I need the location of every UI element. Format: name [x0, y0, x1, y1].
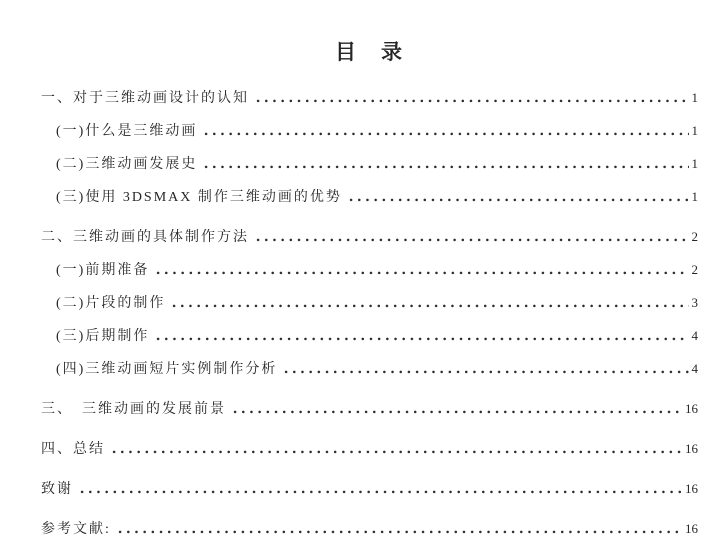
dot-leader: [254, 91, 689, 105]
document-page: 目 录 一、对于三维动画设计的认知 1 (一)什么是三维动画 1 (二)三维动画…: [0, 0, 725, 558]
toc-entry-label: (三)后期制作: [56, 320, 149, 353]
toc-entry[interactable]: (二)三维动画发展史 1: [41, 147, 698, 180]
toc-entry-label: (一)前期准备: [56, 254, 149, 287]
toc-entry-page: 16: [685, 432, 698, 465]
toc-entry-label: (四)三维动画短片实例制作分析: [56, 353, 277, 386]
toc-entry[interactable]: (二)片段的制作 3: [41, 286, 698, 319]
toc-entry-label: (二)三维动画发展史: [56, 148, 197, 181]
table-of-contents: 一、对于三维动画设计的认知 1 (一)什么是三维动画 1 (二)三维动画发展史 …: [41, 81, 698, 545]
toc-entry[interactable]: 参考文献: 16: [41, 512, 698, 545]
toc-entry-page: 16: [685, 392, 698, 425]
dot-leader: [170, 296, 688, 310]
toc-entry[interactable]: (三)使用 3DSMAX 制作三维动画的优势 1: [41, 180, 698, 213]
dot-leader: [347, 190, 689, 204]
dot-leader: [254, 230, 689, 244]
toc-entry-page: 1: [692, 180, 699, 213]
toc-entry[interactable]: 一、对于三维动画设计的认知 1: [41, 81, 698, 114]
toc-entry[interactable]: 四、总结 16: [41, 432, 698, 465]
dot-leader: [282, 362, 688, 376]
page-title: 目 录: [41, 38, 698, 66]
toc-entry-label: 二、三维动画的具体制作方法: [41, 221, 249, 254]
toc-entry[interactable]: (一)什么是三维动画 1: [41, 114, 698, 147]
toc-entry-label: (二)片段的制作: [56, 287, 165, 320]
toc-entry-label: 三、 三维动画的发展前景: [41, 393, 226, 426]
toc-entry-page: 1: [692, 81, 699, 114]
toc-entry-page: 1: [692, 114, 699, 147]
dot-leader: [116, 522, 682, 536]
toc-entry-label: (一)什么是三维动画: [56, 115, 197, 148]
toc-entry-page: 3: [692, 286, 699, 319]
toc-entry-page: 2: [692, 253, 699, 286]
dot-leader: [202, 124, 688, 138]
dot-leader: [231, 402, 682, 416]
toc-entry-page: 1: [692, 147, 699, 180]
toc-entry-page: 16: [685, 512, 698, 545]
toc-entry-page: 4: [692, 319, 699, 352]
toc-entry-label: 致谢: [41, 473, 73, 506]
dot-leader: [110, 442, 682, 456]
toc-entry-label: 四、总结: [41, 433, 105, 466]
toc-entry-page: 4: [692, 352, 699, 385]
toc-entry-label: 参考文献:: [41, 513, 111, 546]
toc-entry[interactable]: 致谢 16: [41, 472, 698, 505]
toc-entry[interactable]: (一)前期准备 2: [41, 253, 698, 286]
dot-leader: [78, 482, 682, 496]
toc-entry-label: 一、对于三维动画设计的认知: [41, 82, 249, 115]
toc-entry[interactable]: (四)三维动画短片实例制作分析 4: [41, 352, 698, 385]
dot-leader: [202, 157, 688, 171]
toc-entry[interactable]: 二、三维动画的具体制作方法 2: [41, 220, 698, 253]
toc-entry[interactable]: (三)后期制作 4: [41, 319, 698, 352]
toc-entry-page: 16: [685, 472, 698, 505]
toc-entry-label: (三)使用 3DSMAX 制作三维动画的优势: [56, 181, 342, 214]
toc-entry-page: 2: [692, 220, 699, 253]
dot-leader: [154, 329, 688, 343]
dot-leader: [154, 263, 688, 277]
toc-entry[interactable]: 三、 三维动画的发展前景 16: [41, 392, 698, 425]
